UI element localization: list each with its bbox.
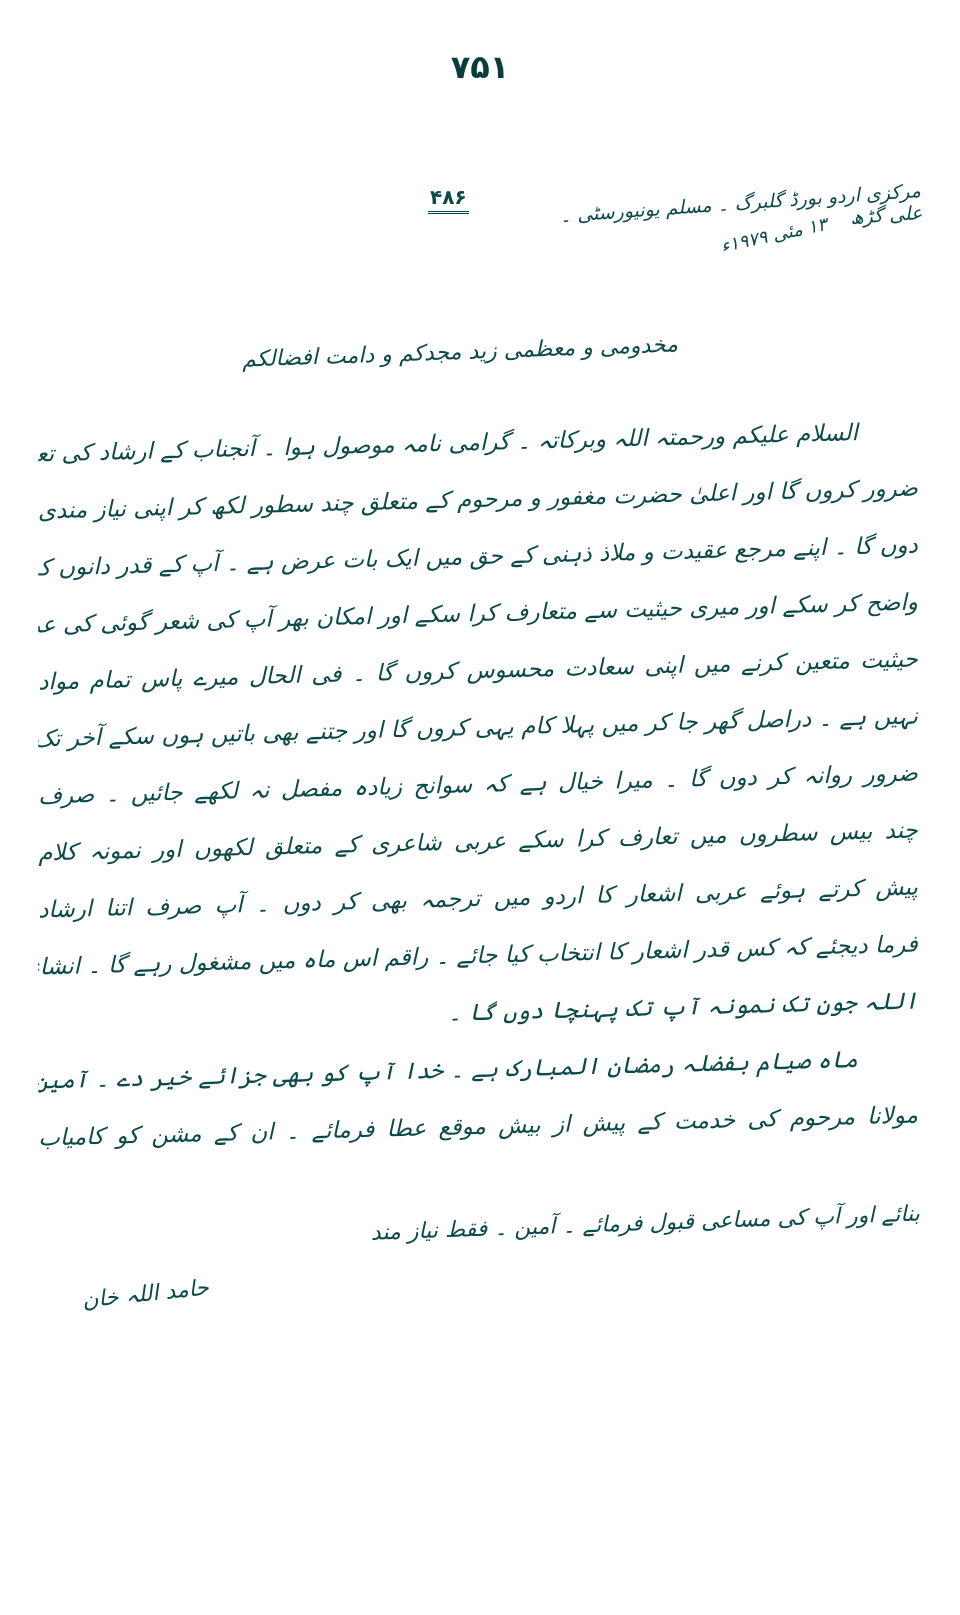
letter-body: السلام علیکم ورحمتہ اللہ وبرکاتہ ۔ گرامی…	[38, 415, 918, 1156]
signature: حامد اللہ خان	[81, 1275, 210, 1313]
letter-number: ۴۸۶	[428, 185, 469, 214]
salutation: مخدومی و معظمی زید مجدکم و دامت افضالکم	[220, 332, 701, 374]
page-number: ۷۵۱	[0, 48, 960, 86]
closing-line: بنائے اور آپ کی مساعی قبول فرمائے ۔ آمین…	[150, 1202, 920, 1254]
